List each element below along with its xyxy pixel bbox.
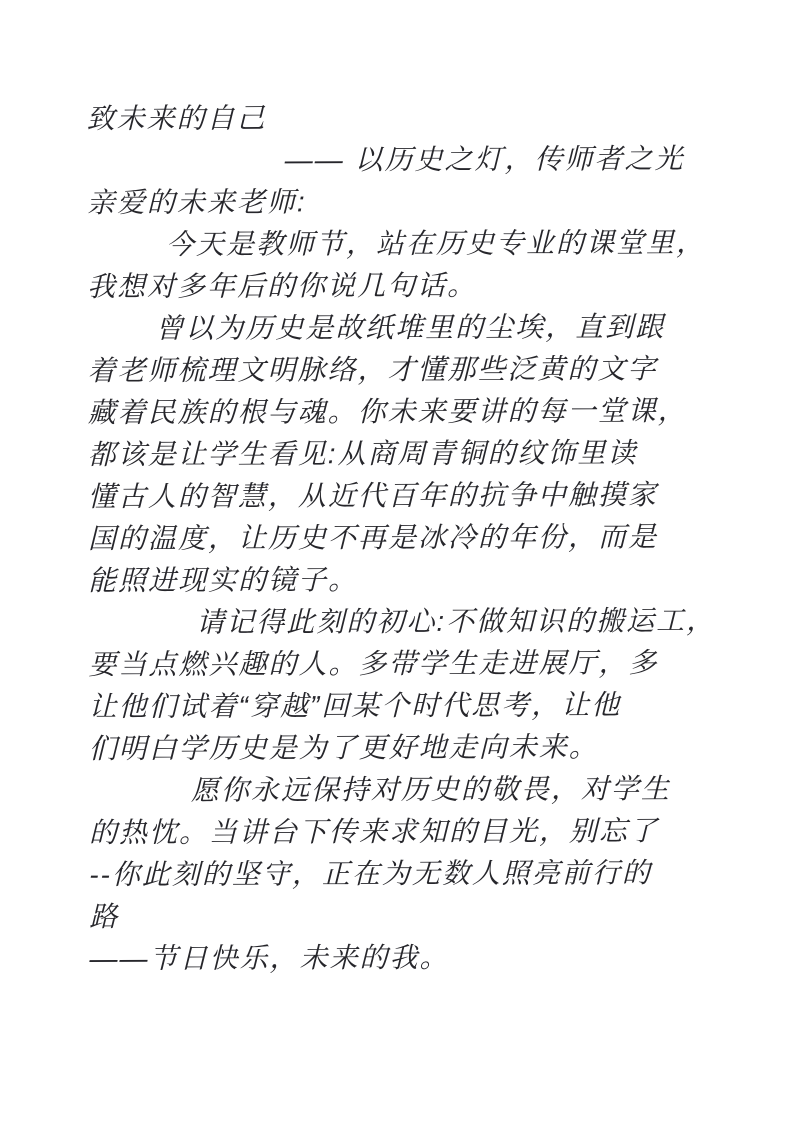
body-line: 国的温度，让历史不再是冰冷的年份，而是 — [88, 516, 736, 560]
handwritten-letter: 致未来的自己 —— 以历史之灯，传师者之光 亲爱的未来老师: 今天是教师节，站在… — [86, 96, 737, 980]
letter-salutation: 亲爱的未来老师: — [87, 180, 735, 224]
scanned-letter-page: 致未来的自己 —— 以历史之灯，传师者之光 亲爱的未来老师: 今天是教师节，站在… — [0, 0, 800, 1132]
body-line: 懂古人的智慧，从近代百年的抗争中触摸家 — [88, 474, 736, 518]
letter-subtitle: —— 以历史之灯，传师者之光 — [87, 138, 735, 182]
body-line: 愿你永远保持对历史的敬畏，对学生 — [89, 768, 737, 812]
body-line: 的热忱。当讲台下传来求知的目光，别忘了 — [89, 810, 737, 854]
body-line: 要当点燃兴趣的人。多带学生走进展厅，多 — [88, 642, 736, 686]
body-line: 路 — [89, 894, 737, 938]
body-line: --你此刻的坚守，正在为无数人照亮前行的 — [89, 852, 737, 896]
body-line: 今天是教师节，站在历史专业的课堂里， — [87, 222, 735, 266]
body-line: 着老师梳理文明脉络，才懂那些泛黄的文字 — [87, 348, 735, 392]
body-line: 曾以为历史是故纸堆里的尘埃，直到跟 — [87, 306, 735, 350]
letter-title: 致未来的自己 — [86, 96, 734, 140]
body-line: 能照进现实的镜子。 — [88, 558, 736, 602]
body-line: 藏着民族的根与魂。你未来要讲的每一堂课， — [87, 390, 735, 434]
body-line: 让他们试着“穿越”回某个时代思考，让他 — [89, 684, 737, 728]
letter-closing: ——节日快乐，未来的我。 — [89, 936, 737, 980]
body-line: 们明白学历史是为了更好地走向未来。 — [89, 726, 737, 770]
body-line: 我想对多年后的你说几句话。 — [87, 264, 735, 308]
body-line: 请记得此刻的初心:不做知识的搬运工， — [88, 600, 736, 644]
body-line: 都该是让学生看见:从商周青铜的纹饰里读 — [88, 432, 736, 476]
